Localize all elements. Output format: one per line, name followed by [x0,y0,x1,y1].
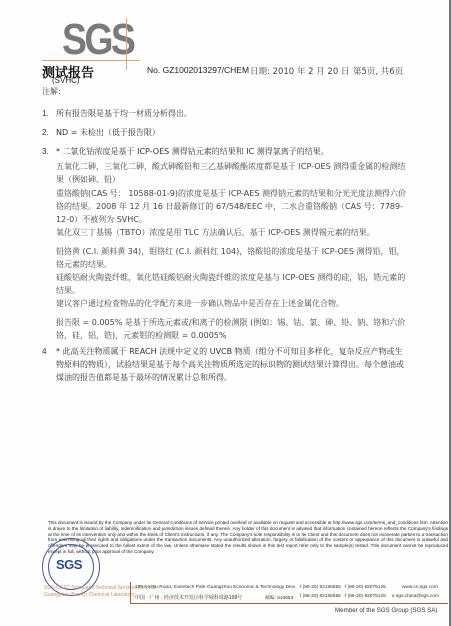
note-text: * 此高关注物质属于 REACH 法规中定义的 UVCB 物质（组分不可知且多样… [56,345,404,384]
paragraph-sodium-dichromate: 重铬酸钠(CAS 号： 10588-01-9)的浓度是基于 ICP-AES 测得… [56,187,406,226]
sgs-logo-text: SGS [62,18,133,62]
sgs-group-membership: Member of the SGS Group (SGS SA) [335,607,437,614]
phone-1: t (86-20) 82155555 [300,585,341,590]
page-indicator: 第5页, 共6页 [353,65,403,77]
note-text: 所有报告限是基于均一材质分析得出。 [56,107,416,120]
document-page: SGS 测试报告 No. GZ1002013297/CHEM 日期: 2010 … [0,0,451,626]
stamp-sgs-text: SGS [56,557,82,572]
postcode-chinese: 邮编: 510663 [265,594,293,601]
logo-vertical-rule [126,18,127,70]
address-chinese: 中国 · 广州 · 经济技术开发区科学城科珠路198号 [135,594,242,601]
report-date: 日期: 2010 年 2 月 20 日 [250,65,349,77]
note-number: 4 [42,345,46,358]
report-subtitle: (SVHC) [52,76,80,85]
paragraph-tbto: 氧化双三丁基锡（TBTO）浓度是用 TLC 方法确认后，基于 ICP-OES 测… [56,226,406,239]
footer-divider-horizontal [130,603,448,604]
note-number: 2. [42,126,49,139]
email-link[interactable]: e sgs.china@sgs.com [392,594,439,599]
paragraph-recommendation: 建议客户通过检查物品的化学配方来进一步确认物品中是否存在上述金属化合物。 [56,297,406,310]
notes-label: 注解: [42,86,61,97]
note-number: 1. [42,107,49,120]
note-number: 3. [42,145,49,158]
fax-2: f (86-20) 82075125 [345,594,386,599]
address-english: 198 Kezhu Road, Scientech Park Guangzhou… [135,585,295,590]
phone-2: t (86-20) 82155555 [300,594,341,599]
paragraph-arsenic: 五氧化二砷，三氧化二砷，酸式砷酸铅和三乙基砷酸酯浓度都是基于 ICP-OES 测… [56,160,406,186]
legal-disclaimer: This document is issued by the Company u… [48,520,448,555]
fax-1: f (86-20) 82075125 [345,585,386,590]
paragraph-reporting-limit: 报告限 = 0.005% 是基于所选元素或/和离子的检测限 (例如：锡、钴、氯、… [56,316,406,342]
paragraph-lead-chromate: 铅铬黄 (C.I. 颜料黄 34)，钼铬红 (C.I. 颜料红 104)，铬酸铅… [56,245,406,271]
note-text: ND = 未检出（低于报告限） [56,126,416,139]
report-number: No. GZ1002013297/CHEM [147,65,249,75]
footer-divider-vertical [130,582,131,604]
website-link[interactable]: www.cn.sgs.com [402,585,438,590]
sgs-logo: SGS [42,8,142,63]
note-text: * 二氯化钴浓度是基于 ICP-OES 测得钴元素的结果和 IC 测得氯离子的结… [56,145,416,158]
paragraph-ceramic-fibres: 硅酸铝耐火陶瓷纤维，氧化锆硅酸铝耐火陶瓷纤维的浓度是基与 ICP-OES 测得的… [56,271,406,297]
